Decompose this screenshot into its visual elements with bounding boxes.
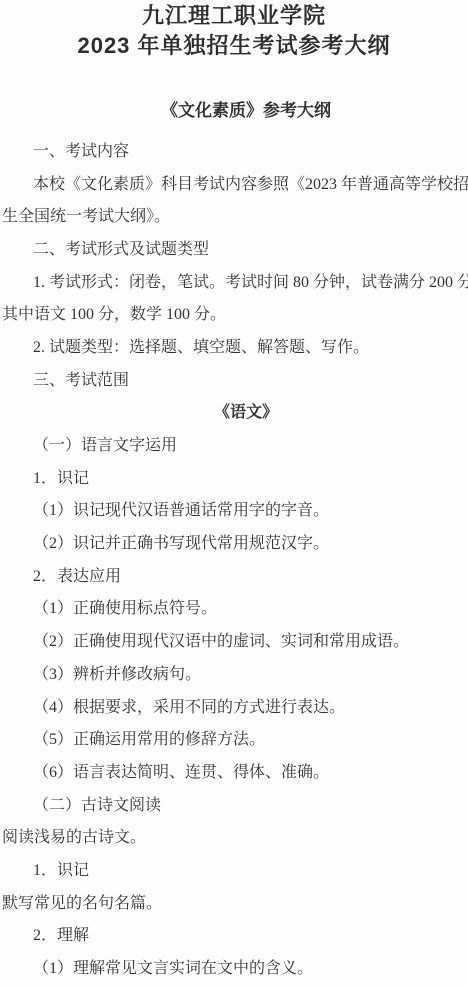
body-line: （6）语言表达简明、连贯、得体、准确。 <box>0 754 468 787</box>
body-line: 生全国统一考试大纲》。 <box>0 198 468 231</box>
body-line: 本校《文化素质》科目考试内容参照《2023 年普通高等学校招 <box>0 166 468 199</box>
body-line: （4）根据要求，采用不同的方式进行表达。 <box>0 689 468 722</box>
body-line: 《语文》 <box>0 395 468 428</box>
body-line: 1. 考试形式：闭卷，笔试。考试时间 80 分钟，试卷满分 200 分， <box>0 264 468 297</box>
body-line: （1）识记现代汉语普通话常用字的字音。 <box>0 493 468 526</box>
body-line: （1）理解常见文言实词在文中的含义。 <box>0 950 468 983</box>
body-line: （5）正确运用常用的修辞方法。 <box>0 721 468 754</box>
body-line: （3）辨析并修改病句。 <box>0 656 468 689</box>
body-line: （1）正确使用标点符号。 <box>0 591 468 624</box>
body-line: （一）语言文字运用 <box>0 427 468 460</box>
body-line: 阅读浅易的古诗文。 <box>0 819 468 852</box>
body-line: （2）正确使用现代汉语中的虚词、实词和常用成语。 <box>0 623 468 656</box>
body-line: 二、考试形式及试题类型 <box>0 231 468 264</box>
culture-quality-heading: 《文化素质》参考大纲 <box>0 98 468 124</box>
body-line: 一、考试内容 <box>0 133 468 166</box>
body-line: 2. 试题类型：选择题、填空题、解答题、写作。 <box>0 329 468 362</box>
body-line: 三、考试范围 <box>0 362 468 395</box>
body-line: 1．识记 <box>0 460 468 493</box>
body-line: （二）古诗文阅读 <box>0 787 468 820</box>
body-line: （2）识记并正确书写现代常用规范汉字。 <box>0 525 468 558</box>
body-line: 2．理解 <box>0 918 468 951</box>
body-line: 2．表达应用 <box>0 558 468 591</box>
body-line: 1．识记 <box>0 852 468 885</box>
doc-body: 一、考试内容本校《文化素质》科目考试内容参照《2023 年普通高等学校招生全国统… <box>0 133 468 983</box>
body-line: 其中语文 100 分，数学 100 分。 <box>0 296 468 329</box>
doc-title-line-2: 2023 年单独招生考试参考大纲 <box>0 31 468 61</box>
doc-title-line-1: 九江理工职业学院 <box>0 1 468 31</box>
body-line: 默写常见的名句名篇。 <box>0 885 468 918</box>
document-page: 九江理工职业学院 2023 年单独招生考试参考大纲 《文化素质》参考大纲 一、考… <box>0 0 468 986</box>
doc-title: 九江理工职业学院 2023 年单独招生考试参考大纲 <box>0 0 468 61</box>
